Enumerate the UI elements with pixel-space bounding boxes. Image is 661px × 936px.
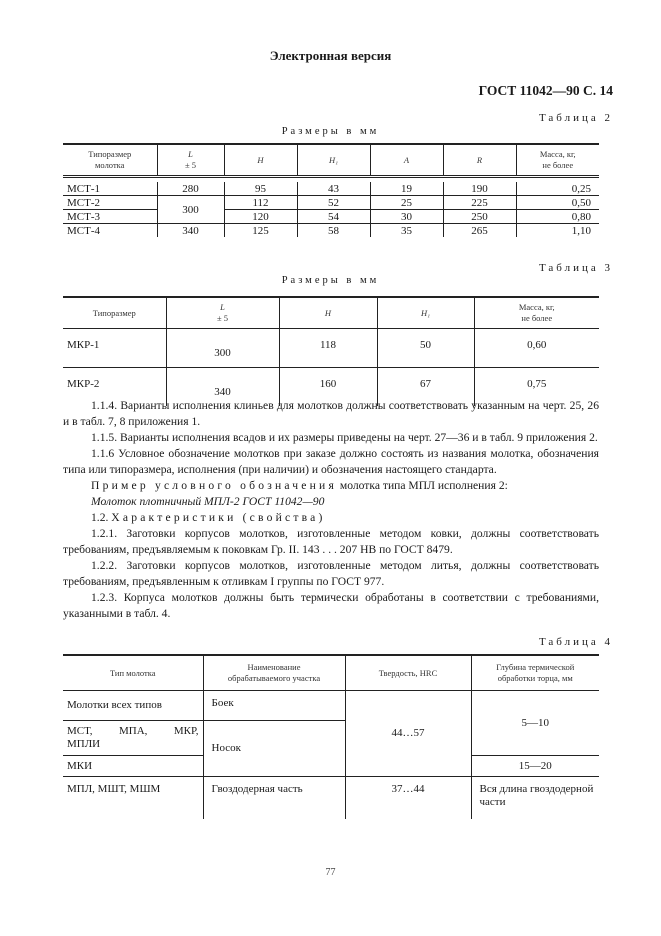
- table3-header-mass: Масса, кг,не более: [474, 297, 599, 329]
- table4-label: Таблица 4: [539, 636, 613, 648]
- table-row: МСТ-1 280 95 43 19 190 0,25: [63, 182, 599, 196]
- table-row: МСТ-3 120 54 30 250 0,80: [63, 210, 599, 224]
- table-row: МСТ-2 300 112 52 25 225 0,50: [63, 196, 599, 210]
- table3-header-H: H: [279, 297, 377, 329]
- table4: Тип молотка Наименованиеобрабатываемого …: [63, 654, 599, 819]
- table2-header-L: L± 5: [157, 144, 224, 177]
- table2-units: Размеры в мм: [0, 126, 661, 137]
- table2-header-H1: H₁: [297, 144, 370, 177]
- table3-label: Таблица 3: [539, 262, 613, 274]
- table4-header-depth: Глубина термическойобработки торца, мм: [471, 655, 599, 691]
- table3-header-row: Типоразмер L± 5 H H₁ Масса, кг,не более: [63, 297, 599, 329]
- table2-label: Таблица 2: [539, 112, 613, 124]
- document-reference: ГОСТ 11042—90 С. 14: [479, 83, 613, 99]
- table2-header-row: Типоразмермолотка L± 5 H H₁ A R Масса, к…: [63, 144, 599, 177]
- table-row: МКР-1 300 118 50 0,60: [63, 329, 599, 368]
- table2-header-H: H: [224, 144, 297, 177]
- table-row: Молотки всех типов Боек 44…57 5—10: [63, 691, 599, 721]
- table2-header-mass: Масса, кг,не более: [516, 144, 599, 177]
- paragraph-1-1-6: 1.1.6 Условное обозначение молотков при …: [63, 446, 599, 478]
- table4-header-row: Тип молотка Наименованиеобрабатываемого …: [63, 655, 599, 691]
- page-number: 77: [0, 867, 661, 878]
- table2-header-type: Типоразмермолотка: [63, 144, 157, 177]
- table2-header-A: A: [370, 144, 443, 177]
- electronic-version-title: Электронная версия: [0, 48, 661, 64]
- table4-merged-hardness: 44…57: [345, 691, 471, 777]
- table2-header-R: R: [443, 144, 516, 177]
- table3-header-H1: H₁: [377, 297, 474, 329]
- designation-example-value: Молоток плотничный МПЛ-2 ГОСТ 11042—90: [63, 494, 599, 510]
- table-row: МПЛ, МШТ, МШМ Гвоздодерная часть 37…44 В…: [63, 777, 599, 820]
- table4-header-hardness: Твердость, HRC: [345, 655, 471, 691]
- paragraph-1-1-5: 1.1.5. Варианты исполнения всадов и их р…: [63, 430, 599, 446]
- paragraph-1-2-1: 1.2.1. Заготовки корпусов молотков, изго…: [63, 526, 599, 558]
- designation-example: Пример условного обозначения молотка тип…: [63, 478, 599, 494]
- section-1-2-heading: 1.2. Характеристики (свойства): [63, 510, 599, 526]
- paragraph-1-2-3: 1.2.3. Корпуса молотков должны быть терм…: [63, 590, 599, 622]
- table3: Типоразмер L± 5 H H₁ Масса, кг,не более …: [63, 296, 599, 406]
- table3-header-L: L± 5: [166, 297, 279, 329]
- body-text: 1.1.4. Варианты исполнения клиньев для м…: [63, 398, 599, 622]
- table-row: МСТ-4 340 125 58 35 265 1,10: [63, 224, 599, 238]
- table4-merged-depth: 5—10: [471, 691, 599, 756]
- table4-merged-area-nosok: Носок: [203, 721, 345, 777]
- table3-header-type: Типоразмер: [63, 297, 166, 329]
- table3-units: Размеры в мм: [0, 275, 661, 286]
- paragraph-1-1-4: 1.1.4. Варианты исполнения клиньев для м…: [63, 398, 599, 430]
- paragraph-1-2-2: 1.2.2. Заготовки корпусов молотков, изго…: [63, 558, 599, 590]
- table4-header-area: Наименованиеобрабатываемого участка: [203, 655, 345, 691]
- table4-header-type: Тип молотка: [63, 655, 203, 691]
- table2: Типоразмермолотка L± 5 H H₁ A R Масса, к…: [63, 143, 599, 237]
- table2-merged-L-300: 300: [157, 196, 224, 224]
